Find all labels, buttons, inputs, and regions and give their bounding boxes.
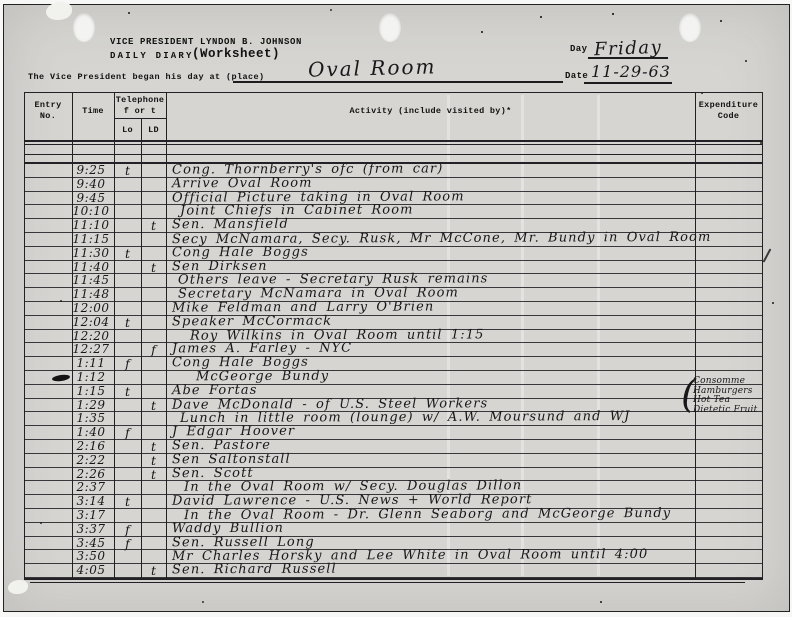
place-handwritten-value: Oval Room: [308, 54, 437, 81]
telephone-local-mark: t: [114, 315, 141, 330]
entry-time: 3:50: [68, 549, 114, 563]
header-rule-heavy: [24, 140, 763, 142]
telephone-long-distance-mark: t: [141, 218, 166, 233]
entry-time: 1:15: [68, 384, 114, 398]
punch-hole: [73, 13, 95, 42]
entry-time: 9:40: [68, 177, 114, 191]
table-row: 4:05tSen. Richard Russell: [24, 564, 762, 578]
entry-time: 3:45: [68, 536, 114, 550]
entry-activity: Sen. Mansfield: [172, 217, 289, 233]
entry-time: 11:48: [68, 287, 114, 301]
entry-time: 2:16: [68, 439, 114, 453]
table-row: 12:20Roy Wilkins in Oval Room until 1:15: [24, 330, 762, 344]
table-row: 1:11fCong Hale Boggs: [24, 357, 762, 371]
punch-hole: [679, 13, 701, 42]
table-row: 11:30tCong Hale Boggs: [24, 247, 762, 261]
entry-time: 12:20: [68, 329, 114, 343]
table-row: 11:15Secy McNamara, Secy. Rusk, Mr McCon…: [24, 233, 762, 247]
entry-time: 11:10: [68, 218, 114, 232]
telephone-local-mark: t: [114, 163, 141, 178]
entry-activity: Arrive Oval Room: [172, 175, 313, 191]
col-header-entry: Entry: [24, 100, 72, 110]
entry-time: 9:25: [68, 163, 114, 177]
date-handwritten-value: 11-29-63: [591, 62, 671, 81]
document-title: VICE PRESIDENT LYNDON B. JOHNSON: [110, 37, 302, 47]
entry-activity: Sen. Russell Long: [172, 534, 315, 550]
telephone-long-distance-mark: f: [141, 342, 166, 357]
telephone-long-distance-mark: t: [141, 398, 166, 413]
telephone-local-mark: f: [114, 536, 141, 551]
col-header-time: Time: [72, 106, 114, 116]
entry-time: 1:11: [68, 356, 114, 370]
table-row: 3:50Mr Charles Horsky and Lee White in O…: [24, 550, 762, 564]
entry-activity: Cong Hale Boggs: [172, 244, 309, 260]
table-row: 1:12McGeorge Bundy: [24, 371, 762, 385]
entry-activity: Speaker McCormack: [172, 313, 332, 329]
entry-time: 3:37: [68, 522, 114, 536]
date-label: Date: [565, 71, 588, 81]
document-subtitle: DAILY DIARY: [110, 51, 194, 61]
table-bottom-rule-thin: [30, 582, 745, 583]
entry-activity: Sen. Scott: [172, 465, 254, 480]
col-header-telephone: Telephone: [112, 95, 168, 105]
telephone-local-mark: t: [114, 246, 141, 261]
day-label: Day: [570, 44, 587, 54]
telephone-local-mark: f: [114, 356, 141, 371]
expenditure-note: ConsommeHamburgersHot TeaDietetic Fruit: [693, 377, 763, 416]
col-header-f-or-t: f or t: [114, 106, 166, 116]
table-row: 12:00Mike Feldman and Larry O'Brien: [24, 302, 762, 316]
table-row: 2:22tSen Saltonstall: [24, 454, 762, 468]
header-rule-thin: [24, 144, 763, 145]
table-row: 12:27fJames A. Farley - NYC: [24, 343, 762, 357]
entry-time: 4:05: [68, 563, 114, 577]
expenditure-note-line: Dietetic Fruit: [693, 406, 763, 416]
entry-time: 2:37: [68, 480, 114, 494]
punch-hole: [379, 13, 401, 42]
entry-activity: Sen Saltonstall: [172, 451, 291, 467]
entry-time: 9:45: [68, 191, 114, 205]
place-underline: [233, 81, 563, 83]
table-row: 2:16tSen. Pastore: [24, 440, 762, 454]
scan-speckles: [0, 0, 2, 2]
entry-time: 1:40: [68, 425, 114, 439]
entry-activity: Abe Fortas: [172, 383, 258, 398]
entry-activity: Waddy Bullion: [172, 520, 284, 535]
col-header-entry-no: No.: [24, 111, 72, 121]
entry-time: 12:00: [68, 301, 114, 315]
table-row: 1:40fJ Edgar Hoover: [24, 426, 762, 440]
entry-time: 12:04: [68, 315, 114, 329]
worksheet-label: (Worksheet): [192, 47, 280, 61]
entry-time: 1:29: [68, 398, 114, 412]
col-header-ld: LD: [141, 125, 166, 135]
entry-activity: Sen. Pastore: [172, 438, 271, 453]
began-day-label: The Vice President began his day at (pla…: [28, 72, 265, 82]
col-header-expenditure: Expenditure: [695, 100, 762, 110]
telephone-subheader-line: [114, 118, 166, 119]
table-top-border: [24, 92, 763, 93]
entry-time: 2:22: [68, 453, 114, 467]
day-handwritten-value: Friday: [594, 37, 663, 60]
table-row: 9:25tCong. Thornberry's ofc (from car): [24, 164, 762, 178]
entry-activity: McGeorge Bundy: [196, 369, 329, 385]
entry-time: 11:40: [68, 260, 114, 274]
table-right-border: [762, 92, 763, 578]
telephone-long-distance-mark: t: [141, 563, 166, 578]
telephone-long-distance-mark: t: [141, 260, 166, 275]
telephone-local-mark: t: [114, 494, 141, 509]
diary-rows: 9:25tCong. Thornberry's ofc (from car)9:…: [24, 164, 762, 578]
col-header-lo: Lo: [114, 125, 141, 135]
telephone-local-mark: f: [114, 522, 141, 537]
entry-time: 1:35: [68, 411, 114, 425]
blank-row-line: [24, 154, 763, 155]
col-header-expenditure-code: Code: [695, 111, 762, 121]
entry-time: 2:26: [68, 467, 114, 481]
entry-time: 11:15: [68, 232, 114, 246]
scanned-diary-page: VICE PRESIDENT LYNDON B. JOHNSON DAILY D…: [0, 0, 792, 617]
telephone-long-distance-mark: t: [141, 439, 166, 454]
entry-time: 12:27: [68, 342, 114, 356]
table-row: 10:10Joint Chiefs in Cabinet Room: [24, 205, 762, 219]
telephone-local-mark: t: [114, 384, 141, 399]
entry-time: 1:12: [68, 370, 114, 384]
table-row: 3:37fWaddy Bullion: [24, 523, 762, 537]
table-row: 1:35Lunch in little room (lounge) w/ A.W…: [24, 412, 762, 426]
table-bottom-rule-heavy: [24, 578, 763, 580]
entry-time: 3:14: [68, 494, 114, 508]
entry-time: 3:17: [68, 508, 114, 522]
entry-time: 11:45: [68, 273, 114, 287]
telephone-long-distance-mark: t: [141, 453, 166, 468]
table-row: 3:17In the Oval Room - Dr. Glenn Seaborg…: [24, 509, 762, 523]
col-header-activity: Activity (include visited by)*: [166, 106, 695, 116]
date-underline: [584, 82, 672, 84]
entry-activity: Sen. Richard Russell: [172, 562, 337, 578]
entry-time: 11:30: [68, 246, 114, 260]
telephone-long-distance-mark: t: [141, 467, 166, 482]
telephone-local-mark: f: [114, 425, 141, 440]
entry-time: 10:10: [68, 204, 114, 218]
